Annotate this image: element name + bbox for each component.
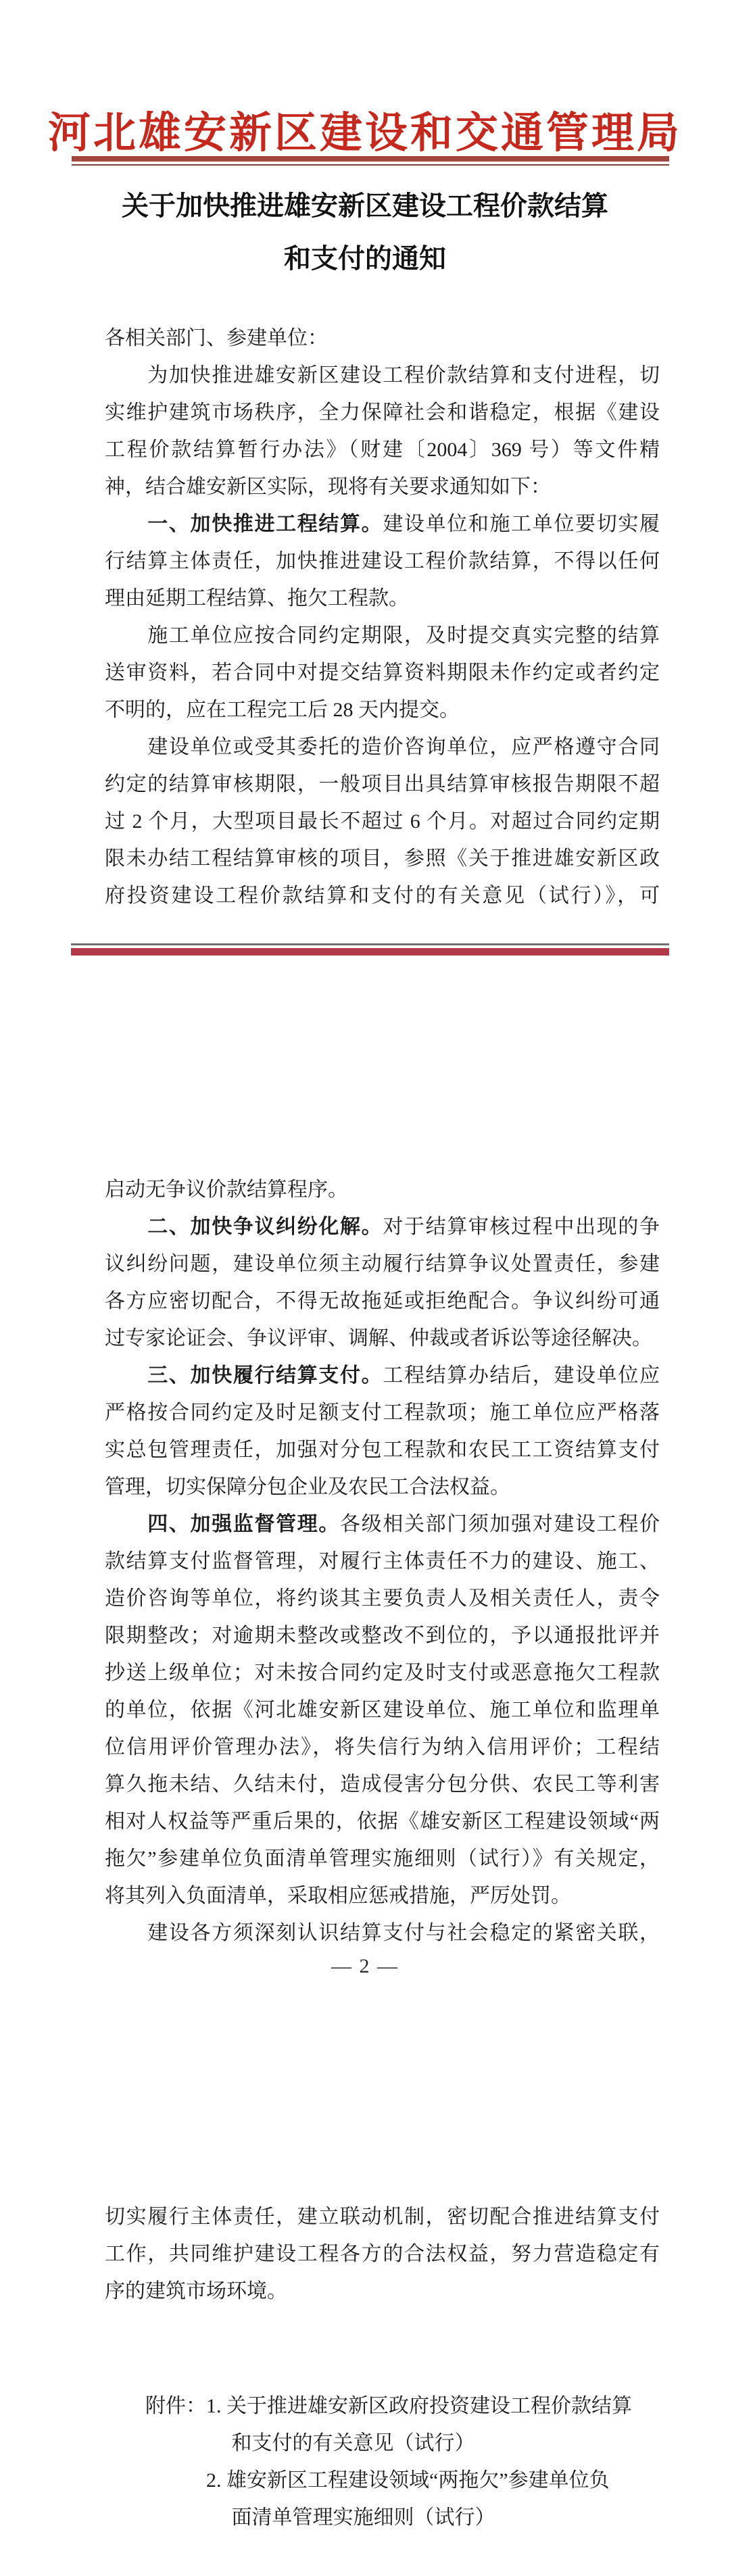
page-number: — 2 — [0, 1954, 730, 1979]
text-line: 工程价款结算暂行办法》（财建〔2004〕369 号）等文件精 [105, 431, 660, 468]
text-line: 拖欠”参建单位负面清单管理实施细则（试行）》有关规定， [105, 1840, 660, 1877]
text-line: 切实履行主体责任，建立联动机制，密切配合推进结算支付 [105, 2198, 660, 2235]
page2-body: 启动无争议价款结算程序。 二、加快争议纠纷化解。对于结算审核过程中出现的争议纠纷… [105, 1171, 660, 1952]
text-line: 建设单位或受其委托的造价咨询单位，应严格遵守合同 [105, 728, 660, 766]
text-line: 面清单管理实施细则（试行） [105, 2499, 660, 2536]
text-line: 四、加强监督管理。各级相关部门须加强对建设工程价 [105, 1506, 660, 1543]
text-line: 理由延期工程结算、拖欠工程款。 [105, 580, 660, 617]
text-line: 管理，切实保障分包企业及农民工合法权益。 [105, 1468, 660, 1506]
page-separator-red-line [71, 948, 669, 956]
text-line: 算久拖未结、久结未付，造成侵害分包分供、农民工等利害 [105, 1766, 660, 1803]
page3-body: 切实履行主体责任，建立联动机制，密切配合推进结算支付工作，共同维护建设工程各方的… [105, 2198, 660, 2310]
text-line: 送审资料，若合同中对提交结算资料期限未作约定或者约定 [105, 654, 660, 691]
text-line: 实总包管理责任，加强对分包工程款和农民工工资结算支付 [105, 1431, 660, 1468]
page-separator [71, 943, 669, 956]
letterhead-rule [72, 156, 669, 166]
text-line: 的单位，依据《河北雄安新区建设单位、施工单位和监理单 [105, 1691, 660, 1729]
text-line: 府投资建设工程价款结算和支付的有关意见（试行）》，可 [105, 877, 660, 914]
text-line: 过专家论证会、争议评审、调解、仲裁或者诉讼等途径解决。 [105, 1320, 660, 1357]
text-line: 施工单位应按合同约定期限，及时提交真实完整的结算 [105, 617, 660, 654]
text-line: 抄送上级单位；对未按合同约定及时支付或恶意拖欠工程款 [105, 1654, 660, 1691]
text-line: 款结算支付监督管理，对履行主体责任不力的建设、施工、 [105, 1543, 660, 1580]
page1-body: 各相关部门、参建单位： 为加快推进雄安新区建设工程价款结算和支付进程，切实维护建… [105, 320, 660, 914]
text-line: 各方应密切配合，不得无故拖延或拒绝配合。争议纠纷可通 [105, 1283, 660, 1320]
document-page: 河北雄安新区建设和交通管理局 关于加快推进雄安新区建设工程价款结算 和支付的通知… [0, 0, 730, 2576]
document-title-line-1: 关于加快推进雄安新区建设工程价款结算 [0, 180, 730, 232]
text-line: 序的建筑市场环境。 [105, 2273, 660, 2310]
text-line: 工作，共同维护建设工程各方的合法权益，努力营造稳定有 [105, 2235, 660, 2273]
text-line: 和支付的有关意见（试行） [105, 2425, 660, 2462]
text-line: 造价咨询等单位，将约谈其主要负责人及相关责任人，责令 [105, 1580, 660, 1617]
text-line: 过 2 个月，大型项目最长不超过 6 个月。对超过合同约定期 [105, 803, 660, 840]
text-line: 2. 雄安新区工程建设领域“两拖欠”参建单位负 [105, 2462, 660, 2499]
letterhead-rule-thin [72, 164, 669, 166]
text-line: 将其列入负面清单，采取相应惩戒措施，严厉处罚。 [105, 1877, 660, 1914]
text-line: 各相关部门、参建单位： [105, 320, 660, 357]
text-line: 严格按合同约定及时足额支付工程款项；施工单位应严格落 [105, 1394, 660, 1431]
letterhead-rule-thick [72, 156, 669, 162]
text-line: 限期整改；对逾期未整改或整改不到位的，予以通报批评并 [105, 1617, 660, 1654]
text-line: 实维护建筑市场秩序，全力保障社会和谐稳定，根据《建设 [105, 394, 660, 431]
text-line: 位信用评价管理办法》，将失信行为纳入信用评价；工程结 [105, 1729, 660, 1766]
text-line: 不明的，应在工程完工后 28 天内提交。 [105, 691, 660, 728]
text-line: 建设各方须深刻认识结算支付与社会稳定的紧密关联， [105, 1914, 660, 1952]
text-line: 三、加快履行结算支付。工程结算办结后，建设单位应 [105, 1357, 660, 1394]
agency-letterhead: 河北雄安新区建设和交通管理局 [0, 99, 730, 160]
document-title-line-2: 和支付的通知 [0, 232, 730, 285]
text-line: 为加快推进雄安新区建设工程价款结算和支付进程，切 [105, 357, 660, 394]
text-line: 附件：1. 关于推进雄安新区政府投资建设工程价款结算 [105, 2387, 660, 2425]
text-line: 限未办结工程结算审核的项目，参照《关于推进雄安新区政 [105, 840, 660, 877]
text-line: 二、加快争议纠纷化解。对于结算审核过程中出现的争 [105, 1208, 660, 1245]
document-title: 关于加快推进雄安新区建设工程价款结算 和支付的通知 [0, 180, 730, 285]
text-line: 约定的结算审核期限，一般项目出具结算审核报告期限不超 [105, 766, 660, 803]
text-line: 议纠纷问题，建设单位须主动履行结算争议处置责任，参建 [105, 1245, 660, 1283]
text-line: 一、加快推进工程结算。建设单位和施工单位要切实履 [105, 505, 660, 543]
text-line: 神，结合雄安新区实际，现将有关要求通知如下： [105, 468, 660, 505]
attachment-list: 附件：1. 关于推进雄安新区政府投资建设工程价款结算 和支付的有关意见（试行） … [105, 2387, 660, 2536]
text-line: 启动无争议价款结算程序。 [105, 1171, 660, 1208]
text-line: 行结算主体责任，加快推进建设工程价款结算，不得以任何 [105, 543, 660, 580]
text-line: 相对人权益等严重后果的，依据《雄安新区工程建设领域“两 [105, 1803, 660, 1840]
page-separator-thin-line [71, 943, 669, 945]
